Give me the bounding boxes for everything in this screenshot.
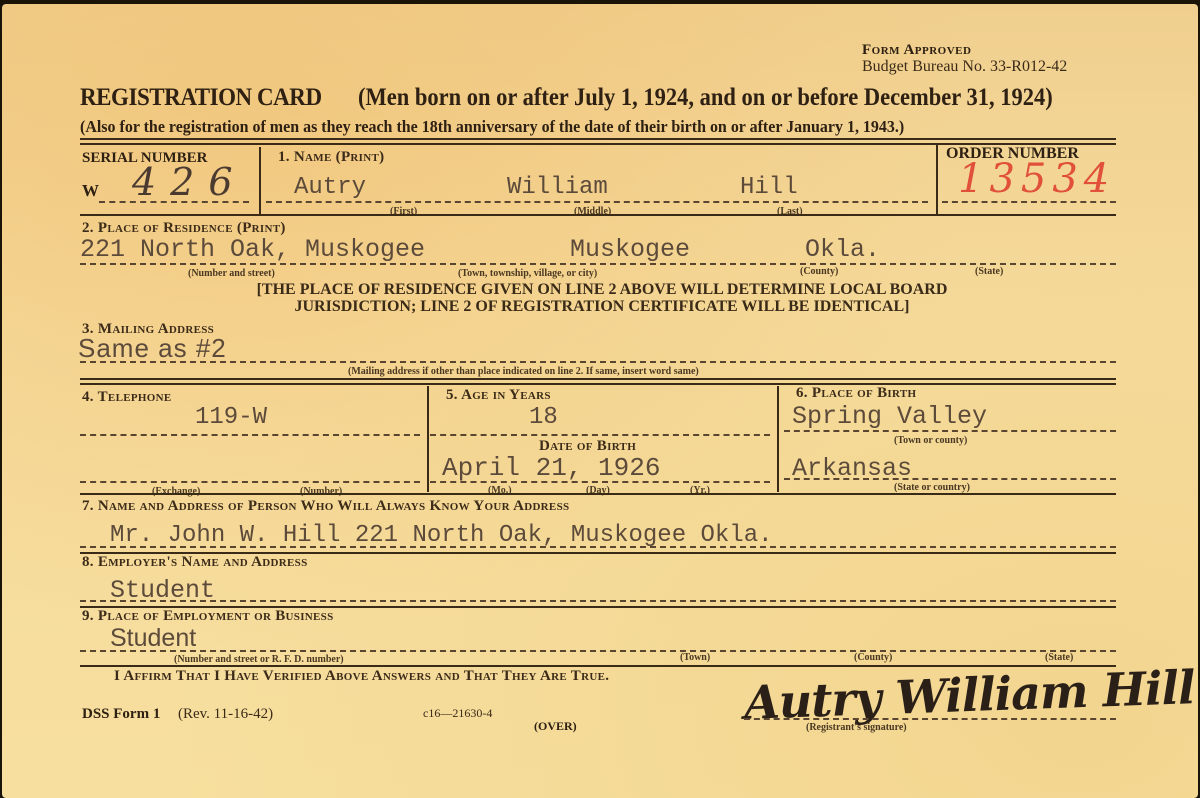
residence-notice: [THE PLACE OF RESIDENCE GIVEN ON LINE 2 … bbox=[102, 281, 1102, 315]
divider bbox=[777, 386, 779, 492]
dotted-line bbox=[80, 650, 1116, 652]
county-caption: (County) bbox=[800, 266, 838, 277]
order-number-value: 13534 bbox=[958, 156, 1115, 202]
mailing-caption: (Mailing address if other than place ind… bbox=[348, 366, 699, 377]
age-value: 18 bbox=[529, 404, 558, 431]
divider bbox=[259, 147, 261, 215]
divider bbox=[80, 378, 1116, 380]
print-code: c16—21630-4 bbox=[423, 706, 492, 721]
dotted-line bbox=[80, 600, 1116, 602]
street-caption: (Number and street) bbox=[188, 268, 275, 279]
number-caption: (Number) bbox=[300, 486, 342, 497]
place-of-birth-label: 6. Place of Birth bbox=[796, 385, 916, 402]
residence-town-value: Muskogee bbox=[570, 235, 690, 264]
serial-number-value: 426 bbox=[132, 160, 247, 204]
birth-town-caption: (Town or county) bbox=[894, 435, 967, 446]
dotted-line bbox=[784, 478, 1116, 480]
employment-label: 9. Place of Employment or Business bbox=[82, 608, 334, 625]
dotted-line bbox=[80, 546, 1116, 548]
form-id: DSS Form 1 bbox=[82, 706, 160, 723]
divider bbox=[936, 144, 938, 216]
affirmation-text: I Affirm That I Have Verified Above Answ… bbox=[114, 668, 609, 685]
employer-label: 8. Employer's Name and Address bbox=[82, 554, 308, 571]
dotted-line bbox=[784, 430, 1116, 432]
employment-street-caption: (Number and street or R. F. D. number) bbox=[174, 654, 344, 665]
birth-state-caption: (State or country) bbox=[894, 482, 970, 493]
date-of-birth-value: April 21, 1926 bbox=[442, 453, 660, 483]
form-approved-label: Form Approved bbox=[862, 42, 971, 59]
employment-county-caption: (County) bbox=[854, 652, 892, 663]
divider bbox=[80, 383, 1116, 385]
signature-caption: (Registrant's signature) bbox=[806, 722, 907, 733]
telephone-value: 119-W bbox=[195, 404, 267, 431]
dotted-line bbox=[99, 201, 249, 203]
dotted-line bbox=[430, 481, 770, 483]
divider bbox=[80, 214, 1116, 216]
town-caption: (Town, township, village, or city) bbox=[458, 268, 597, 279]
budget-bureau-number: Budget Bureau No. 33-R012-42 bbox=[862, 58, 1067, 76]
divider bbox=[80, 665, 1116, 667]
name-first-value: Autry bbox=[294, 174, 366, 201]
residence-street-value: 221 North Oak, Muskogee bbox=[80, 235, 425, 264]
divider bbox=[80, 138, 1116, 140]
divider bbox=[80, 493, 1116, 495]
exchange-caption: (Exchange) bbox=[152, 486, 200, 497]
dotted-line bbox=[80, 434, 420, 436]
employment-town-caption: (Town) bbox=[680, 652, 710, 663]
state-caption: (State) bbox=[975, 266, 1003, 277]
registration-card: Form Approved Budget Bureau No. 33-R012-… bbox=[2, 4, 1198, 798]
card-title-qualifier: (Men born on or after July 1, 1924, and … bbox=[358, 84, 1053, 112]
residence-notice-line-1: [THE PLACE OF RESIDENCE GIVEN ON LINE 2 … bbox=[102, 281, 1102, 298]
divider bbox=[427, 386, 429, 492]
mailing-address-value: Same as #2 bbox=[78, 333, 227, 364]
card-subtitle: (Also for the registration of men as the… bbox=[80, 117, 904, 137]
name-label: 1. Name (Print) bbox=[278, 149, 384, 166]
age-label: 5. Age in Years bbox=[446, 387, 551, 404]
contact-value: Mr. John W. Hill 221 North Oak, Muskogee… bbox=[110, 522, 773, 549]
dotted-line bbox=[80, 481, 420, 483]
serial-prefix: W bbox=[82, 181, 99, 201]
signature-line bbox=[744, 718, 1116, 720]
dotted-line bbox=[942, 201, 1116, 203]
employment-state-caption: (State) bbox=[1045, 652, 1073, 663]
card-title: REGISTRATION CARD bbox=[80, 84, 322, 112]
dotted-line bbox=[80, 361, 1116, 363]
birth-town-value: Spring Valley bbox=[792, 402, 987, 431]
residence-state-value: Okla. bbox=[805, 235, 880, 264]
dotted-line bbox=[266, 201, 928, 203]
name-middle-value: William bbox=[507, 174, 608, 201]
dotted-line bbox=[80, 263, 1116, 265]
dotted-line bbox=[430, 434, 770, 436]
residence-notice-line-2: JURISDICTION; LINE 2 OF REGISTRATION CER… bbox=[102, 298, 1102, 315]
over-label: (OVER) bbox=[534, 719, 577, 734]
name-last-value: Hill bbox=[740, 174, 798, 201]
contact-label: 7. Name and Address of Person Who Will A… bbox=[82, 498, 569, 515]
employment-value: Student bbox=[110, 624, 196, 653]
telephone-label: 4. Telephone bbox=[82, 389, 171, 406]
form-revision: (Rev. 11-16-42) bbox=[178, 706, 273, 723]
